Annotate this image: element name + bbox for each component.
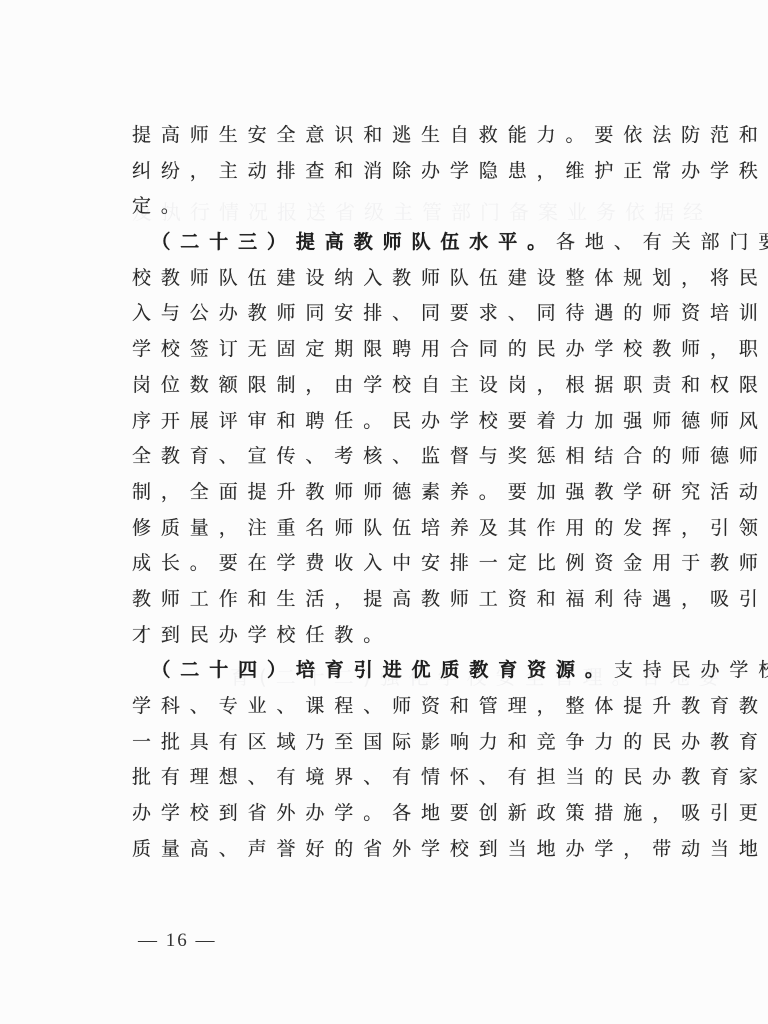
text-line: 批有理想、有境界、有情怀、有担当的民办教育家，鼓励品牌民 — [132, 760, 714, 796]
text-line: 教师工作和生活，提高教师工资和福利待遇，吸引各类高层次人 — [132, 582, 714, 618]
text-line: 成长。要在学费收入中安排一定比例资金用于教师培训。要关心 — [132, 546, 714, 582]
text-line: 序开展评审和聘任。民办学校要着力加强师德师风建设，建立健 — [132, 404, 714, 440]
text-line: 定。 — [132, 189, 714, 225]
document-page: 及执行情况报送省级主管部门备案业务依据经第三方审计后的财务状 育(二十二)强化学… — [0, 0, 768, 1024]
text-line: 质量高、声誉好的省外学校到当地办学，带动当地民办教育发 — [132, 832, 714, 868]
text-line: 入与公办教师同安排、同要求、同待遇的师资培训。对已与民办 — [132, 296, 714, 332]
text-line: 制，全面提升教师师德素养。要加强教学研究活动，提升校本研 — [132, 475, 714, 511]
text-line: 办学校到省外办学。各地要创新政策措施，吸引更多办学规范、 — [132, 796, 714, 832]
section-heading: （二十四）培育引进优质教育资源。 — [161, 659, 614, 681]
section-heading-line: （二十四）培育引进优质教育资源。支持民办学校培育优质 — [132, 653, 714, 689]
text-line: 校教师队伍建设纳入教师队伍建设整体规划，将民办学校教师纳 — [132, 261, 714, 297]
text-line: 提高师生安全意识和逃生自救能力。要依法防范和处理学校矛盾 — [132, 118, 714, 154]
section-heading-line: （二十三）提高教师队伍水平。各地、有关部门要将民办学 — [132, 225, 714, 261]
page-number: — 16 — — [138, 930, 217, 952]
text-line: 学校签订无固定期限聘用合同的民办学校教师，职称评聘可不受 — [132, 332, 714, 368]
text-line: 一批具有区域乃至国际影响力和竞争力的民办教育品牌，培养一 — [132, 725, 714, 761]
text-line: 全教育、宣传、考核、监督与奖惩相结合的师德师风建设长效机 — [132, 439, 714, 475]
text-line: 学科、专业、课程、师资和管理，整体提升教育教学质量，打造 — [132, 689, 714, 725]
section-heading: （二十三）提高教师队伍水平。 — [161, 231, 556, 253]
text-line: 岗位数额限制，由学校自主设岗，根据职责和权限，按照规定程 — [132, 368, 714, 404]
body-text: 提高师生安全意识和逃生自救能力。要依法防范和处理学校矛盾 纠纷，主动排查和消除办… — [132, 118, 714, 867]
text-line: 修质量，注重名师队伍培养及其作用的发挥，引领带动青年教师 — [132, 511, 714, 547]
text-line: 才到民办学校任教。 — [132, 618, 714, 654]
text-line: 纠纷，主动排查和消除办学隐患，维护正常办学秩序和社会稳 — [132, 154, 714, 190]
